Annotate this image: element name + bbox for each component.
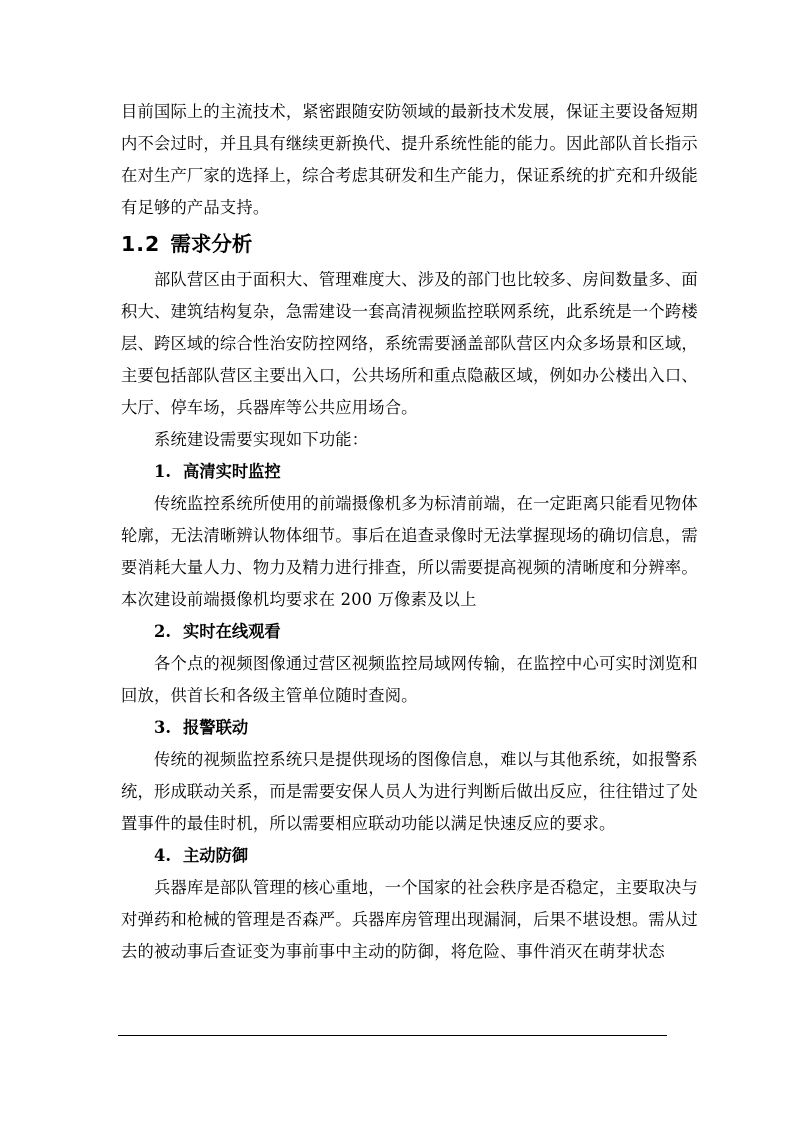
text-line: 统，形成联动关系，而是需要安保人员人为进行判断后做出反应，往往错过了处 (121, 776, 675, 808)
text-line: 传统监控系统所使用的前端摄像机多为标清前端，在一定距离只能看见物体 (121, 488, 675, 520)
text-line: 有足够的产品支持。 (121, 192, 675, 224)
section-title: 需求分析 (170, 232, 252, 256)
footer-rule (118, 1035, 667, 1036)
section-number: 1.2 (121, 232, 160, 256)
requirement-paragraph-3: 传统的视频监控系统只是提供现场的图像信息，难以与其他系统，如报警系 统，形成联动… (121, 744, 675, 840)
item-title: 高清实时监控 (183, 462, 281, 481)
item-number: 2. (154, 622, 171, 641)
item-title: 主动防御 (183, 846, 248, 865)
section-heading: 1.2需求分析 (121, 224, 675, 264)
requirement-heading-1: 1.高清实时监控 (121, 456, 675, 488)
item-number: 3. (154, 718, 171, 737)
text-line: 主要包括部队营区主要出入口，公共场所和重点隐蔽区域，例如办公楼出入口、 (121, 360, 675, 392)
item-title: 报警联动 (183, 718, 248, 737)
text-line: 在对生产厂家的选择上，综合考虑其研发和生产能力，保证系统的扩充和升级能 (121, 160, 675, 192)
requirement-paragraph-1: 传统监控系统所使用的前端摄像机多为标清前端，在一定距离只能看见物体 轮廓，无法清… (121, 488, 675, 616)
text-line: 兵器库是部队管理的核心重地，一个国家的社会秩序是否稳定，主要取决与 (121, 872, 675, 904)
text-line: 各个点的视频图像通过营区视频监控局域网传输，在监控中心可实时浏览和 (121, 648, 675, 680)
text-line: 传统的视频监控系统只是提供现场的图像信息，难以与其他系统，如报警系 (121, 744, 675, 776)
text-line: 系统建设需要实现如下功能： (121, 424, 675, 456)
text-line: 置事件的最佳时机，所以需要相应联动功能以满足快速反应的要求。 (121, 808, 675, 840)
text-line: 目前国际上的主流技术，紧密跟随安防领域的最新技术发展，保证主要设备短期 (121, 96, 675, 128)
text-line: 积大、建筑结构复杂，急需建设一套高清视频监控联网系统，此系统是一个跨楼 (121, 296, 675, 328)
requirement-heading-3: 3.报警联动 (121, 712, 675, 744)
requirement-heading-2: 2.实时在线观看 (121, 616, 675, 648)
text-line: 去的被动事后查证变为事前事中主动的防御，将危险、事件消灭在萌芽状态 (121, 936, 675, 968)
item-title: 实时在线观看 (183, 622, 281, 641)
text-line: 层、跨区域的综合性治安防控网络，系统需要涵盖部队营区内众多场景和区域， (121, 328, 675, 360)
text-line: 本次建设前端摄像机均要求在 200 万像素及以上 (121, 584, 675, 616)
text-line: 回放，供首长和各级主管单位随时查阅。 (121, 680, 675, 712)
intro-paragraph: 目前国际上的主流技术，紧密跟随安防领域的最新技术发展，保证主要设备短期 内不会过… (121, 96, 675, 224)
item-number: 1. (154, 462, 171, 481)
text-line: 部队营区由于面积大、管理难度大、涉及的部门也比较多、房间数量多、面 (121, 264, 675, 296)
text-line: 大厅、停车场，兵器库等公共应用场合。 (121, 392, 675, 424)
requirement-paragraph-4: 兵器库是部队管理的核心重地，一个国家的社会秩序是否稳定，主要取决与 对弹药和枪械… (121, 872, 675, 968)
text-line: 内不会过时，并且具有继续更新换代、提升系统性能的能力。因此部队首长指示 (121, 128, 675, 160)
text-line: 对弹药和枪械的管理是否森严。兵器库房管理出现漏洞，后果不堪设想。需从过 (121, 904, 675, 936)
section-paragraph: 部队营区由于面积大、管理难度大、涉及的部门也比较多、房间数量多、面 积大、建筑结… (121, 264, 675, 424)
requirement-heading-4: 4.主动防御 (121, 840, 675, 872)
text-line: 要消耗大量人力、物力及精力进行排查，所以需要提高视频的清晰度和分辨率。 (121, 552, 675, 584)
section-paragraph: 系统建设需要实现如下功能： (121, 424, 675, 456)
text-line: 轮廓，无法清晰辨认物体细节。事后在追查录像时无法掌握现场的确切信息，需 (121, 520, 675, 552)
item-number: 4. (154, 846, 171, 865)
requirement-paragraph-2: 各个点的视频图像通过营区视频监控局域网传输，在监控中心可实时浏览和 回放，供首长… (121, 648, 675, 712)
document-page: 目前国际上的主流技术，紧密跟随安防领域的最新技术发展，保证主要设备短期 内不会过… (121, 96, 675, 968)
